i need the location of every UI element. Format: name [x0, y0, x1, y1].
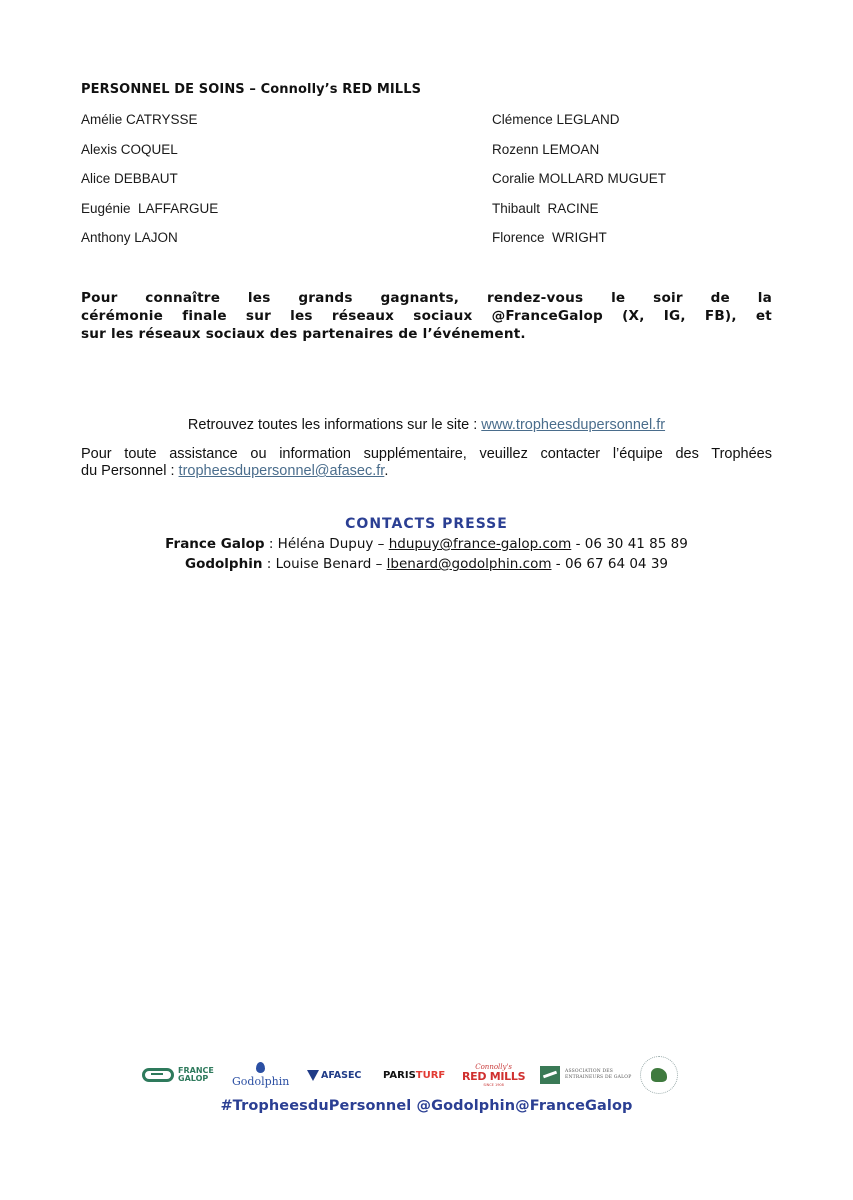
red-mills-logo: Connolly's RED MILLS SINCE 1908 — [462, 1056, 525, 1094]
assistance-suffix: . — [384, 463, 388, 479]
staff-name: Coralie MOLLARD MUGUET — [492, 171, 666, 201]
contact-email-link[interactable]: hdupuy@france-galop.com — [389, 536, 572, 552]
paristurf-logo: PARISTURF — [383, 1056, 445, 1094]
aeg-mark-icon — [540, 1066, 560, 1084]
announcement-paragraph: Pour connaître les grands gagnants, rend… — [81, 289, 772, 343]
godolphin-drop-icon — [256, 1062, 265, 1073]
logo-text: GALOP — [178, 1075, 214, 1083]
press-contact-france-galop: France Galop : Héléna Dupuy – hdupuy@fra… — [0, 536, 853, 552]
assistance-prefix: du Personnel : — [81, 463, 179, 479]
website-prefix: Retrouvez toutes les informations sur le… — [188, 417, 481, 433]
contact-org: Godolphin — [185, 556, 262, 572]
assistance-line: Pour toute assistance ou information sup… — [81, 446, 772, 463]
contact-phone: - 06 67 64 04 39 — [551, 556, 668, 572]
horse-badge-logo — [640, 1056, 678, 1094]
contact-org: France Galop — [165, 536, 264, 552]
staff-name: Alexis COQUEL — [81, 142, 218, 172]
logo-text: PARIS — [383, 1070, 416, 1081]
announcement-line: cérémonie finale sur les réseaux sociaux… — [81, 307, 772, 325]
staff-name: Clémence LEGLAND — [492, 112, 666, 142]
contact-phone: - 06 30 41 85 89 — [571, 536, 688, 552]
logo-text: Godolphin — [232, 1075, 289, 1088]
france-galop-mark-icon — [142, 1068, 174, 1082]
france-galop-logo: FRANCE GALOP — [142, 1056, 214, 1094]
godolphin-logo: Godolphin — [232, 1056, 289, 1094]
contact-email-link[interactable]: lbenard@godolphin.com — [387, 556, 552, 572]
website-link[interactable]: www.tropheesdupersonnel.fr — [481, 417, 665, 433]
logo-text: RED MILLS — [462, 1071, 525, 1083]
staff-name: Thibault RACINE — [492, 201, 666, 231]
announcement-line: Pour connaître les grands gagnants, rend… — [81, 289, 772, 307]
names-column-left: Amélie CATRYSSE Alexis COQUEL Alice DEBB… — [81, 112, 218, 260]
staff-name: Alice DEBBAUT — [81, 171, 218, 201]
contact-person: Louise Benard – — [276, 556, 387, 572]
staff-name: Amélie CATRYSSE — [81, 112, 218, 142]
logo-text: TURF — [416, 1070, 445, 1081]
names-column-right: Clémence LEGLAND Rozenn LEMOAN Coralie M… — [492, 112, 666, 260]
staff-name: Eugénie LAFFARGUE — [81, 201, 218, 231]
staff-name: Anthony LAJON — [81, 230, 218, 260]
logo-text: SINCE 1908 — [483, 1083, 504, 1088]
contact-sep: : — [262, 556, 275, 572]
contact-sep: : — [265, 536, 278, 552]
staff-name: Rozenn LEMOAN — [492, 142, 666, 172]
document-page: PERSONNEL DE SOINS – Connolly’s RED MILL… — [0, 0, 853, 1200]
association-entraineurs-logo: ASSOCIATION DES ENTRAINEURS DE GALOP — [540, 1056, 631, 1094]
horse-icon — [651, 1068, 667, 1082]
afasec-logo: AFASEC — [307, 1056, 361, 1094]
partner-logos: FRANCE GALOP Godolphin AFASEC PARISTURF … — [140, 1056, 700, 1096]
press-contact-godolphin: Godolphin : Louise Benard – lbenard@godo… — [0, 556, 853, 572]
contact-person: Héléna Dupuy – — [278, 536, 389, 552]
section-title: PERSONNEL DE SOINS – Connolly’s RED MILL… — [81, 82, 421, 97]
website-line: Retrouvez toutes les informations sur le… — [0, 417, 853, 433]
afasec-mark-icon — [307, 1070, 319, 1081]
staff-name: Florence WRIGHT — [492, 230, 666, 260]
announcement-line: sur les réseaux sociaux des partenaires … — [81, 325, 772, 343]
assistance-paragraph: Pour toute assistance ou information sup… — [81, 446, 772, 480]
press-contacts-title: CONTACTS PRESSE — [0, 516, 853, 532]
logo-text: ENTRAINEURS DE GALOP — [565, 1075, 631, 1081]
assistance-email-link[interactable]: tropheesdupersonnel@afasec.fr — [179, 463, 385, 479]
footer-hashtags: #TropheesduPersonnel @Godolphin@FranceGa… — [0, 1098, 853, 1114]
logo-text: AFASEC — [321, 1070, 361, 1081]
